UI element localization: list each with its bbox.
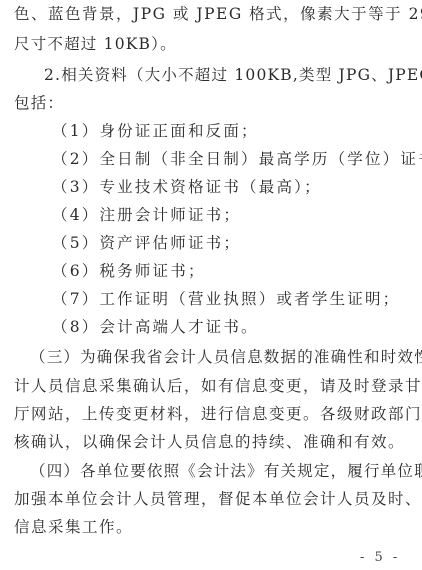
- related-materials-heading: 2.相关资料（大小不超过 100KB,类型 JPG、JPEG 或 PNG）: [44, 65, 422, 85]
- list-item-6: （6）税务师证书；: [52, 261, 422, 281]
- section-three-line-1: （三）为确保我省会计人员信息数据的准确性和时效性，会: [30, 347, 422, 367]
- photo-requirements-line-1: 色、蓝色背景，JPG 或 JPEG 格式，像素大于等于 295*413，照片: [14, 4, 414, 24]
- list-item-4: （4）注册会计师证书；: [52, 205, 422, 225]
- list-item-5: （5）资产评估师证书；: [52, 233, 422, 253]
- section-four-line-2: 加强本单位会计人员管理，督促本单位会计人员及时、准确做好: [14, 489, 414, 509]
- section-three-line-3: 厅网站，上传变更材料，进行信息变更。各级财政部门要及时审: [14, 404, 414, 424]
- list-item-8: （8）会计高端人才证书。: [52, 317, 422, 337]
- list-item-7: （7）工作证明（营业执照）或者学生证明；: [52, 289, 422, 309]
- section-four-line-1: （四）各单位要依照《会计法》有关规定，履行单位职责，: [30, 461, 422, 481]
- list-item-3: （3）专业技术资格证书（最高）；: [52, 177, 422, 197]
- list-item-2: （2）全日制（非全日制）最高学历（学位）证书；: [52, 149, 422, 169]
- document-page: 色、蓝色背景，JPG 或 JPEG 格式，像素大于等于 295*413，照片 尺…: [0, 0, 422, 570]
- section-four-line-3: 信息采集工作。: [14, 517, 414, 537]
- related-materials-heading-cont: 包括：: [14, 93, 414, 113]
- section-three-line-4: 核确认，以确保会计人员信息的持续、准确和有效。: [14, 432, 414, 452]
- page-number: - 5 -: [360, 550, 400, 565]
- section-three-line-2: 计人员信息采集确认后，如有信息变更，请及时登录甘肃省财政: [14, 376, 414, 396]
- photo-requirements-line-2: 尺寸不超过 10KB）。: [14, 34, 414, 54]
- list-item-1: （1）身份证正面和反面；: [52, 121, 422, 141]
